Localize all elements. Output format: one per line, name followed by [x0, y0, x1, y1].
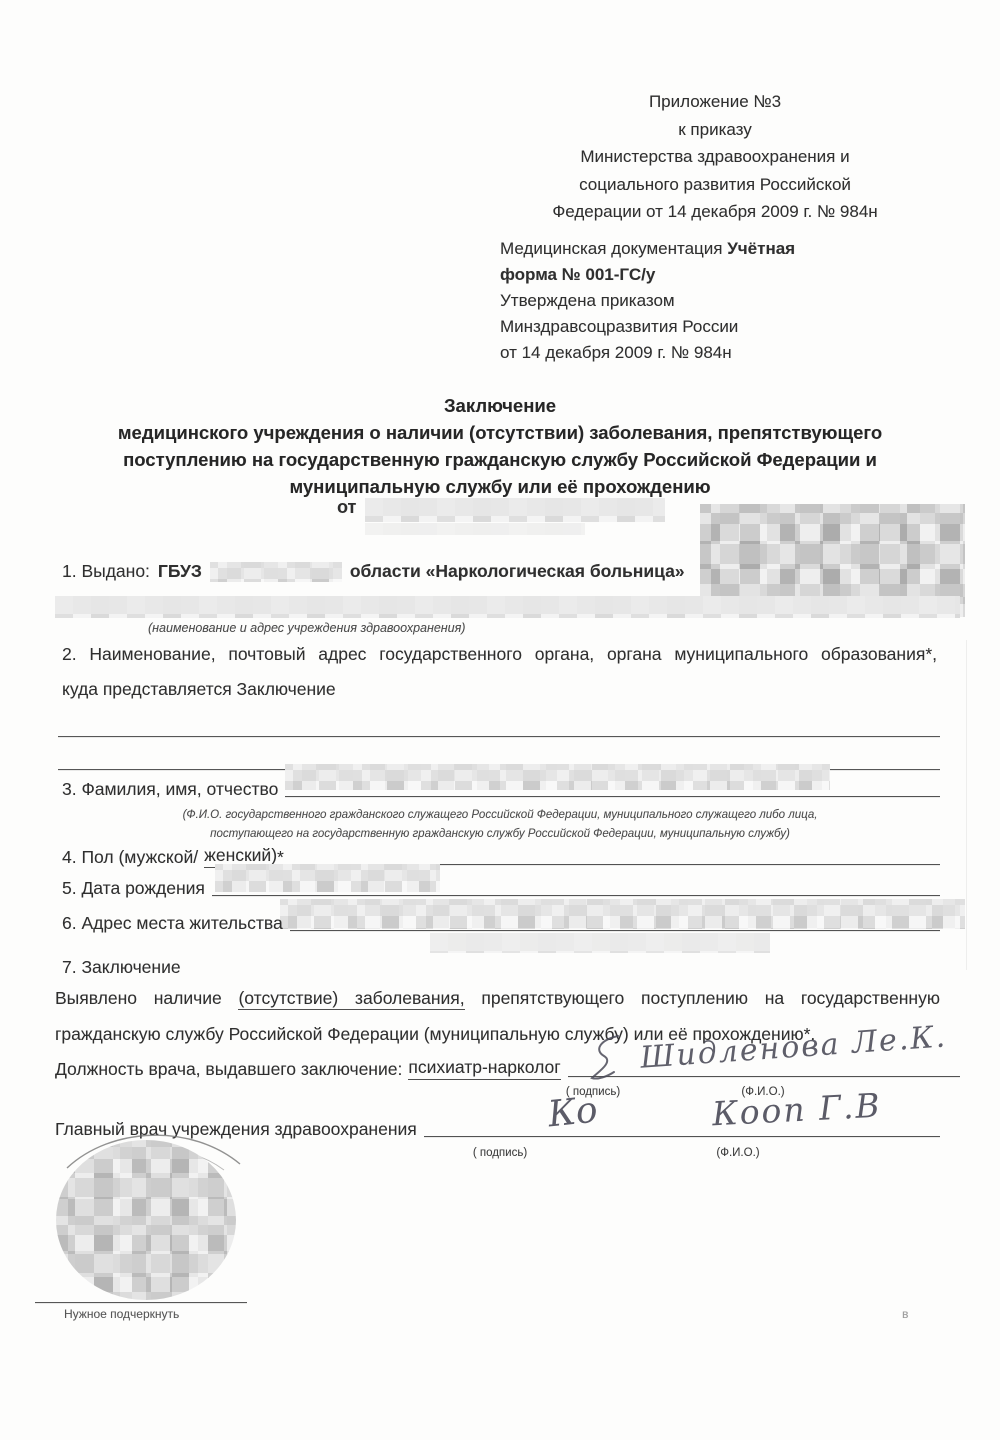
appendix-line: Федерации от 14 декабря 2009 г. № 984н: [480, 198, 950, 226]
conclusion-text: Выявлено наличие: [55, 988, 222, 1008]
redacted-date-block: [365, 523, 585, 535]
address-line: [290, 930, 940, 931]
caption-line: (Ф.И.О. государственного гражданского сл…: [90, 806, 910, 825]
full-name-label: 3. Фамилия, имя, отчество: [62, 779, 278, 800]
redacted-round-stamp: [56, 1140, 236, 1300]
caption-line: поступающего на государственную гражданс…: [90, 825, 910, 844]
birth-date-row: 5. Дата рождения: [62, 878, 940, 899]
issued-by-label: 1. Выдано:: [62, 561, 150, 582]
title-line: поступлению на государственную гражданск…: [0, 446, 1000, 473]
full-name-row: 3. Фамилия, имя, отчество: [62, 779, 940, 800]
form-info-line: Медицинская документация Учётная: [500, 236, 930, 262]
redacted-org-address: [55, 596, 960, 618]
appendix-line: к приказу: [480, 116, 950, 144]
scanned-medical-form-page: Приложение №3 к приказу Министерства здр…: [0, 0, 1000, 1440]
chief-handwritten-signature: Ко: [546, 1090, 600, 1136]
form-info-text: Медицинская документация: [500, 239, 723, 258]
address-label: 6. Адрес места жительства: [62, 913, 283, 934]
gender-row: 4. Пол (мужской/ женский) *: [62, 845, 940, 868]
full-name-line: [285, 796, 940, 797]
redacted-address: [430, 933, 770, 953]
gender-label: 4. Пол (мужской/: [62, 847, 198, 868]
title-line: Заключение: [0, 392, 1000, 419]
org-caption: (наименование и адрес учреждения здравоо…: [148, 621, 465, 635]
appendix-header: Приложение №3 к приказу Министерства здр…: [480, 88, 950, 226]
full-name-caption: (Ф.И.О. государственного гражданского сл…: [90, 806, 910, 844]
conclusion-underlined: (отсутствие) заболевания,: [238, 988, 464, 1010]
form-info-bold: Учётная: [727, 239, 795, 258]
org-prefix: ГБУЗ: [158, 561, 202, 582]
gov-body-line2: куда представляется Заключение: [62, 679, 336, 700]
gov-body-line1: 2. Наименование, почтовый адрес государс…: [62, 644, 937, 665]
birth-date-line: [212, 895, 940, 896]
date-from-label: от: [337, 497, 356, 518]
blank-line: [58, 722, 940, 737]
org-name: области «Наркологическая больница»: [350, 561, 685, 582]
document-title: Заключение медицинского учреждения о нал…: [0, 392, 1000, 500]
form-info-line: Утверждена приказом: [500, 288, 930, 314]
doctor-position-value: психиатр-нарколог: [408, 1057, 560, 1080]
birth-date-label: 5. Дата рождения: [62, 878, 205, 899]
title-line: муниципальную службу или её прохождению: [0, 473, 1000, 500]
appendix-line: Приложение №3: [480, 88, 950, 116]
conclusion-text: препятствующего поступлению на государст…: [481, 988, 940, 1008]
chief-sign-caption: ( подпись): [445, 1147, 555, 1159]
appendix-line: Министерства здравоохранения и: [480, 143, 950, 171]
doctor-position-label: Должность врача, выдавшего заключение:: [55, 1059, 402, 1080]
redacted-region-name: [210, 562, 342, 582]
appendix-line: социального развития Российской: [480, 171, 950, 199]
form-info-line: Минздравсоцразвития России: [500, 314, 930, 340]
issued-by-row: 1. Выдано: ГБУЗ области «Наркологическая…: [62, 561, 702, 582]
page-mark: в: [902, 1307, 908, 1321]
footnote-divider: [35, 1289, 247, 1303]
title-line: медицинского учреждения о наличии (отсут…: [0, 419, 1000, 446]
redacted-date-block: [365, 498, 665, 522]
form-info-block: Медицинская документация Учётная форма №…: [500, 236, 930, 366]
doctor-signature-squiggle-icon: [588, 1032, 630, 1084]
form-info-line: от 14 декабря 2009 г. № 984н: [500, 340, 930, 366]
address-row: 6. Адрес места жительства: [62, 913, 940, 934]
chief-signature-line: [424, 1136, 940, 1137]
conclusion-paragraph-line1: Выявлено наличие (отсутствие) заболевани…: [55, 988, 940, 1009]
conclusion-label: 7. Заключение: [62, 957, 181, 978]
chief-name-caption: (Ф.И.О.): [688, 1147, 788, 1159]
footnote-text: Нужное подчеркнуть: [64, 1307, 179, 1321]
form-number: форма № 001-ГС/у: [500, 262, 930, 288]
scan-edge-artifact: [966, 640, 967, 970]
